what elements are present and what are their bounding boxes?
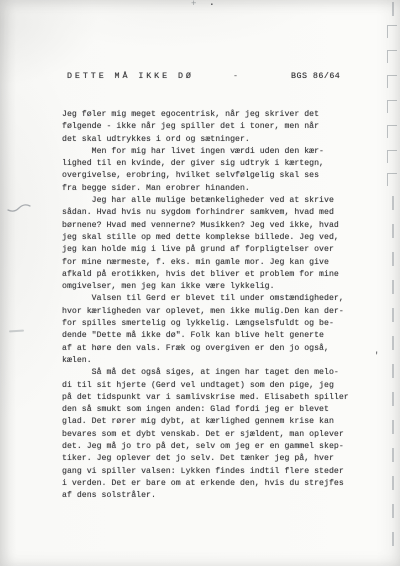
document-body: Jeg føler mig meget egocentrisk, når jeg… xyxy=(62,109,372,503)
binding-corner-mark xyxy=(387,173,397,186)
pencil-squiggle-mark xyxy=(6,202,32,216)
binding-line-mark xyxy=(392,280,394,294)
binding-line-mark xyxy=(392,420,394,434)
binding-line-mark xyxy=(392,224,394,238)
binding-line-mark xyxy=(392,364,394,378)
paragraph-4: Valsen til Gerd er blevet til under omst… xyxy=(62,293,372,367)
binding-corner-mark xyxy=(387,100,397,113)
binding-line-mark xyxy=(392,196,394,210)
binding-line-mark xyxy=(392,252,394,266)
binding-corner-mark xyxy=(387,25,397,38)
document-reference-number: BGS 86/64 xyxy=(291,70,340,82)
binding-line-mark xyxy=(392,504,394,518)
binding-line-mark xyxy=(392,2,394,16)
binding-line-mark xyxy=(392,308,394,322)
paragraph-1: Jeg føler mig meget egocentrisk, når jeg… xyxy=(62,109,372,146)
binding-corner-mark xyxy=(387,150,397,163)
header-separator-dash: - xyxy=(233,70,238,82)
scanned-document-page: + ▪ ' DETTE MÅ IKKE DØ - BGS 86/64 Jeg f… xyxy=(0,0,400,566)
binding-corner-mark xyxy=(387,75,397,88)
scan-plus-artifact: + xyxy=(191,0,196,9)
paragraph-5: Så må det også siges, at ingen har taget… xyxy=(62,367,372,502)
paragraph-3: Jeg har alle mulige betænkeligheder ved … xyxy=(62,195,372,293)
pencil-dash-mark xyxy=(9,330,24,333)
document-header: DETTE MÅ IKKE DØ - BGS 86/64 xyxy=(0,70,400,84)
binding-line-mark xyxy=(392,336,394,350)
binding-line-mark xyxy=(392,476,394,490)
binding-line-mark xyxy=(392,448,394,462)
stray-ink-tick-artifact: ' xyxy=(374,352,379,361)
ink-dot-artifact: ▪ xyxy=(210,2,214,8)
binding-line-mark xyxy=(392,532,394,546)
document-title: DETTE MÅ IKKE DØ xyxy=(67,70,194,82)
binding-corner-mark xyxy=(387,50,397,63)
binding-corner-mark xyxy=(387,125,397,138)
binding-line-mark xyxy=(392,392,394,406)
paragraph-2: Men for mig har livet ingen værdi uden d… xyxy=(62,146,372,195)
